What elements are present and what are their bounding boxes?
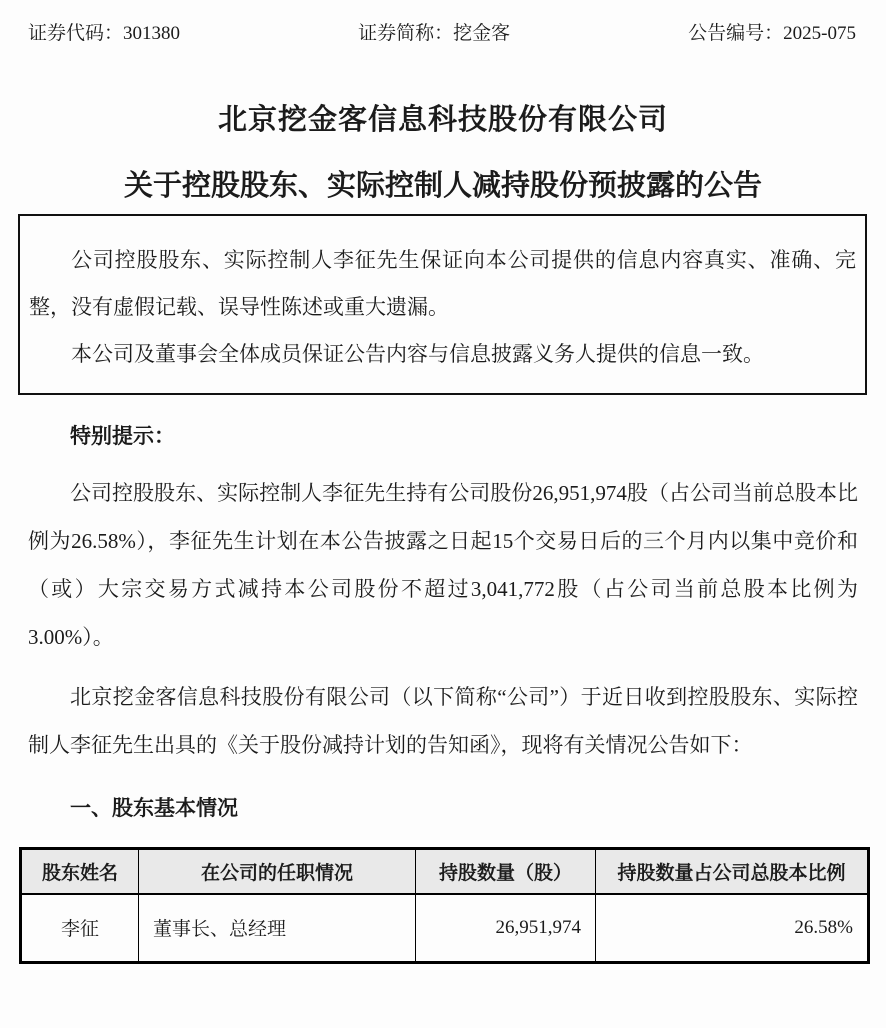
table-header-position: 在公司的任职情况 xyxy=(139,849,416,894)
table-row: 李征 董事长、总经理 26,951,974 26.58% xyxy=(21,894,869,963)
statement-box: 公司控股股东、实际控制人李征先生保证向本公司提供的信息内容真实、准确、完整，没有… xyxy=(18,214,867,395)
cell-share-ratio: 26.58% xyxy=(596,894,869,963)
statement-paragraph-2: 本公司及董事会全体成员保证公告内容与信息披露义务人提供的信息一致。 xyxy=(29,331,856,378)
special-notice-heading: 特别提示： xyxy=(28,421,858,451)
announcement-document: 证券代码：301380 证券简称：挖金客 公告编号：2025-075 北京挖金客… xyxy=(0,0,886,1028)
table-header-share-ratio: 持股数量占公司总股本比例 xyxy=(596,849,869,894)
intro-paragraph: 北京挖金客信息科技股份有限公司（以下简称“公司”）于近日收到控股股东、实际控制人… xyxy=(28,673,858,769)
company-name-title: 北京挖金客信息科技股份有限公司 xyxy=(0,102,886,138)
section-1-heading: 一、股东基本情况 xyxy=(28,793,858,823)
shareholder-table: 股东姓名 在公司的任职情况 持股数量（股） 持股数量占公司总股本比例 李征 董事… xyxy=(19,847,870,964)
cell-shareholder-name: 李征 xyxy=(21,894,139,963)
table-header-row: 股东姓名 在公司的任职情况 持股数量（股） 持股数量占公司总股本比例 xyxy=(21,849,869,894)
stock-code: 证券代码：301380 xyxy=(28,22,180,46)
stock-short-name: 证券简称：挖金客 xyxy=(358,22,510,46)
document-meta-header: 证券代码：301380 证券简称：挖金客 公告编号：2025-075 xyxy=(0,0,886,46)
table-header-shareholder-name: 股东姓名 xyxy=(21,849,139,894)
special-notice-paragraph: 公司控股股东、实际控制人李征先生持有公司股份26,951,974股（占公司当前总… xyxy=(28,469,858,661)
statement-paragraph-1: 公司控股股东、实际控制人李征先生保证向本公司提供的信息内容真实、准确、完整，没有… xyxy=(29,237,856,331)
announcement-title: 关于控股股东、实际控制人减持股份预披露的公告 xyxy=(0,168,886,204)
cell-shares-held: 26,951,974 xyxy=(416,894,596,963)
cell-position: 董事长、总经理 xyxy=(139,894,416,963)
announcement-number: 公告编号：2025-075 xyxy=(688,22,856,46)
table-header-shares-held: 持股数量（股） xyxy=(416,849,596,894)
